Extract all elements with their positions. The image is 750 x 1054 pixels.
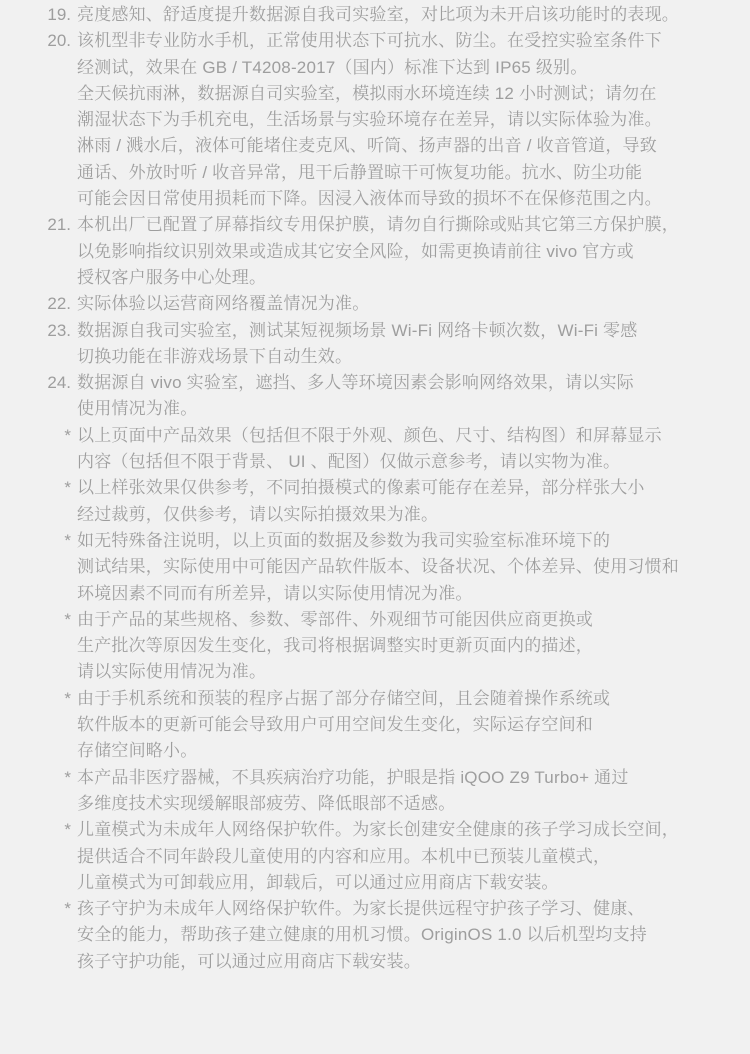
note-number: 22.: [0, 291, 71, 317]
note-item-19: 19. 亮度感知、舒适度提升数据源自我司实验室，对比项为未开启该功能时的表现。: [0, 2, 750, 28]
note-text: 数据源自 vivo 实验室，遮挡、多人等环境因素会影响网络效果，请以实际 使用情…: [77, 370, 634, 423]
asterisk-marker: *: [0, 475, 71, 501]
note-item-20: 20. 该机型非专业防水手机，正常使用状态下可抗水、防尘。在受控实验室条件下 经…: [0, 28, 750, 212]
disclaimer-notes-section: 19. 亮度感知、舒适度提升数据源自我司实验室，对比项为未开启该功能时的表现。 …: [0, 0, 750, 1054]
note-number: 19.: [0, 2, 71, 28]
note-text: 孩子守护为未成年人网络保护软件。为家长提供远程守护孩子学习、健康、 安全的能力，…: [77, 896, 647, 975]
asterisk-marker: *: [0, 765, 71, 791]
asterisk-marker: *: [0, 817, 71, 843]
note-number: 23.: [0, 318, 71, 344]
footnote-item: * 儿童模式为未成年人网络保护软件。为家长创建安全健康的孩子学习成长空间， 提供…: [0, 817, 750, 896]
footnote-item: * 本产品非医疗器械，不具疾病治疗功能，护眼是指 iQOO Z9 Turbo+ …: [0, 765, 750, 818]
note-text: 本机出厂已配置了屏幕指纹专用保护膜，请勿自行撕除或贴其它第三方保护膜， 以免影响…: [77, 212, 679, 291]
note-text: 该机型非专业防水手机，正常使用状态下可抗水、防尘。在受控实验室条件下 经测试，效…: [77, 28, 662, 212]
note-number: 20.: [0, 28, 71, 54]
note-number: 24.: [0, 370, 71, 396]
note-text: 亮度感知、舒适度提升数据源自我司实验室，对比项为未开启该功能时的表现。: [77, 2, 679, 28]
note-text: 由于产品的某些规格、参数、零部件、外观细节可能因供应商更换或 生产批次等原因发生…: [77, 607, 593, 686]
asterisk-marker: *: [0, 896, 71, 922]
note-text: 本产品非医疗器械，不具疾病治疗功能，护眼是指 iQOO Z9 Turbo+ 通过…: [77, 765, 629, 818]
note-text: 以上样张效果仅供参考，不同拍摄模式的像素可能存在差异，部分样张大小 经过裁剪，仅…: [77, 475, 645, 528]
footnote-item: * 孩子守护为未成年人网络保护软件。为家长提供远程守护孩子学习、健康、 安全的能…: [0, 896, 750, 975]
note-item-24: 24. 数据源自 vivo 实验室，遮挡、多人等环境因素会影响网络效果，请以实际…: [0, 370, 750, 423]
asterisk-marker: *: [0, 607, 71, 633]
footnote-item: * 由于产品的某些规格、参数、零部件、外观细节可能因供应商更换或 生产批次等原因…: [0, 607, 750, 686]
note-number: 21.: [0, 212, 71, 238]
note-item-23: 23. 数据源自我司实验室，测试某短视频场景 Wi-Fi 网络卡顿次数，Wi-F…: [0, 318, 750, 371]
note-item-21: 21. 本机出厂已配置了屏幕指纹专用保护膜，请勿自行撕除或贴其它第三方保护膜， …: [0, 212, 750, 291]
footnote-item: * 以上页面中产品效果（包括但不限于外观、颜色、尺寸、结构图）和屏幕显示 内容（…: [0, 423, 750, 476]
note-text: 数据源自我司实验室，测试某短视频场景 Wi-Fi 网络卡顿次数，Wi-Fi 零感…: [77, 318, 637, 371]
footnote-item: * 以上样张效果仅供参考，不同拍摄模式的像素可能存在差异，部分样张大小 经过裁剪…: [0, 475, 750, 528]
note-text: 如无特殊备注说明，以上页面的数据及参数为我司实验室标准环境下的 测试结果，实际使…: [77, 528, 679, 607]
note-text: 由于手机系统和预装的程序占据了部分存储空间，且会随着操作系统或 软件版本的更新可…: [77, 686, 610, 765]
note-text: 实际体验以运营商网络覆盖情况为准。: [77, 291, 369, 317]
footnote-item: * 如无特殊备注说明，以上页面的数据及参数为我司实验室标准环境下的 测试结果，实…: [0, 528, 750, 607]
note-text: 儿童模式为未成年人网络保护软件。为家长创建安全健康的孩子学习成长空间， 提供适合…: [77, 817, 679, 896]
asterisk-marker: *: [0, 423, 71, 449]
footnote-item: * 由于手机系统和预装的程序占据了部分存储空间，且会随着操作系统或 软件版本的更…: [0, 686, 750, 765]
asterisk-marker: *: [0, 528, 71, 554]
note-item-22: 22. 实际体验以运营商网络覆盖情况为准。: [0, 291, 750, 317]
note-text: 以上页面中产品效果（包括但不限于外观、颜色、尺寸、结构图）和屏幕显示 内容（包括…: [77, 423, 662, 476]
asterisk-marker: *: [0, 686, 71, 712]
